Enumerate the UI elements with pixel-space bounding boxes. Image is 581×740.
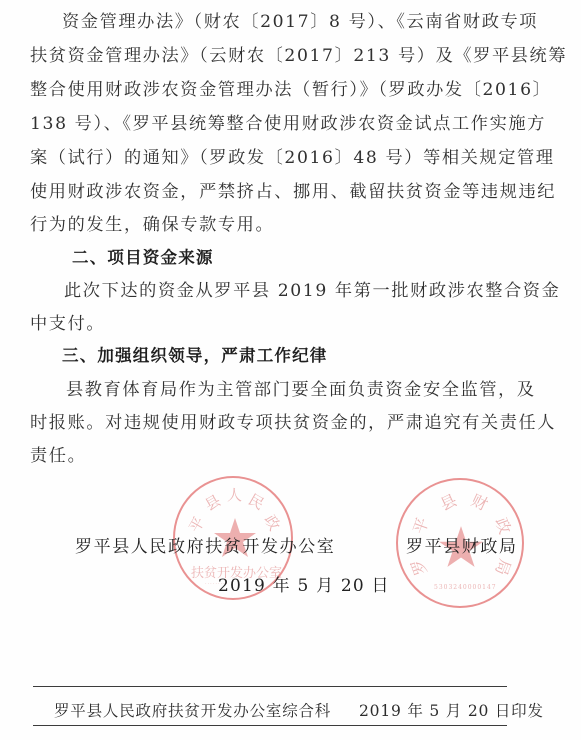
section-3-heading: 三、加强组织领导，严肃工作纪律 xyxy=(62,345,562,367)
section-2-line-2: 中支付。 xyxy=(30,313,530,335)
signatory-finance-bureau: 罗平县财政局 xyxy=(406,532,518,557)
seal-char: 人 xyxy=(227,484,242,505)
footer-issuer: 罗平县人民政府扶贫开发办公室综合科 xyxy=(54,699,331,721)
seal-char: 局 xyxy=(490,556,517,579)
section-2-line-1: 此次下达的资金从罗平县 2019 年第一批财政涉农整合资金 xyxy=(64,280,564,302)
seal-char: 政 xyxy=(260,511,286,535)
seal-serial: 5303240000147 xyxy=(434,584,497,591)
seal-char: 县 xyxy=(436,488,460,516)
section-3-line-3: 责任。 xyxy=(30,445,530,467)
body-line-1: 资金管理办法》（财农〔2017〕8 号）、《云南省财政专项 xyxy=(62,11,562,33)
signature-date: 2019 年 5 月 20 日 xyxy=(218,571,390,596)
body-line-6: 使用财政涉农资金，严禁挤占、挪用、截留扶贫资金等违规违纪 xyxy=(30,181,530,203)
footer-top-rule xyxy=(33,686,507,687)
body-line-4: 138 号）、《罗平县统筹整合使用财政涉农资金试点工作实施方 xyxy=(30,113,530,135)
footer-issue-date: 2019 年 5 月 20 日印发 xyxy=(359,699,544,721)
body-line-7: 行为的发生，确保专款专用。 xyxy=(30,214,530,236)
body-line-3: 整合使用财政涉农资金管理办法（暂行）》（罗政办发〔2016〕 xyxy=(30,79,530,101)
footer-bottom-rule xyxy=(33,725,507,726)
section-3-line-1: 县教育体育局作为主管部门要全面负责资金安全监管，及 xyxy=(66,379,566,401)
section-2-heading: 二、项目资金来源 xyxy=(72,247,572,269)
seal-char: 罗 xyxy=(404,556,431,579)
document-page: 资金管理办法》（财农〔2017〕8 号）、《云南省财政专项 扶贫资金管理办法》（… xyxy=(0,0,581,740)
seal-char: 县 xyxy=(201,490,225,516)
body-line-2: 扶贫资金管理办法》（云财农〔2017〕213 号）及《罗平县统筹 xyxy=(30,45,530,67)
seal-char: 民 xyxy=(245,489,269,515)
body-line-5: 案（试行）的通知》（罗政发〔2016〕48 号）等相关规定管理 xyxy=(30,147,530,169)
section-3-line-2: 时报账。对违规使用财政专项扶贫资金的，严肃追究有关责任人 xyxy=(30,412,530,434)
seal-char: 财 xyxy=(468,488,492,516)
signatory-poverty-office: 罗平县人民政府扶贫开发办公室 xyxy=(75,532,335,557)
